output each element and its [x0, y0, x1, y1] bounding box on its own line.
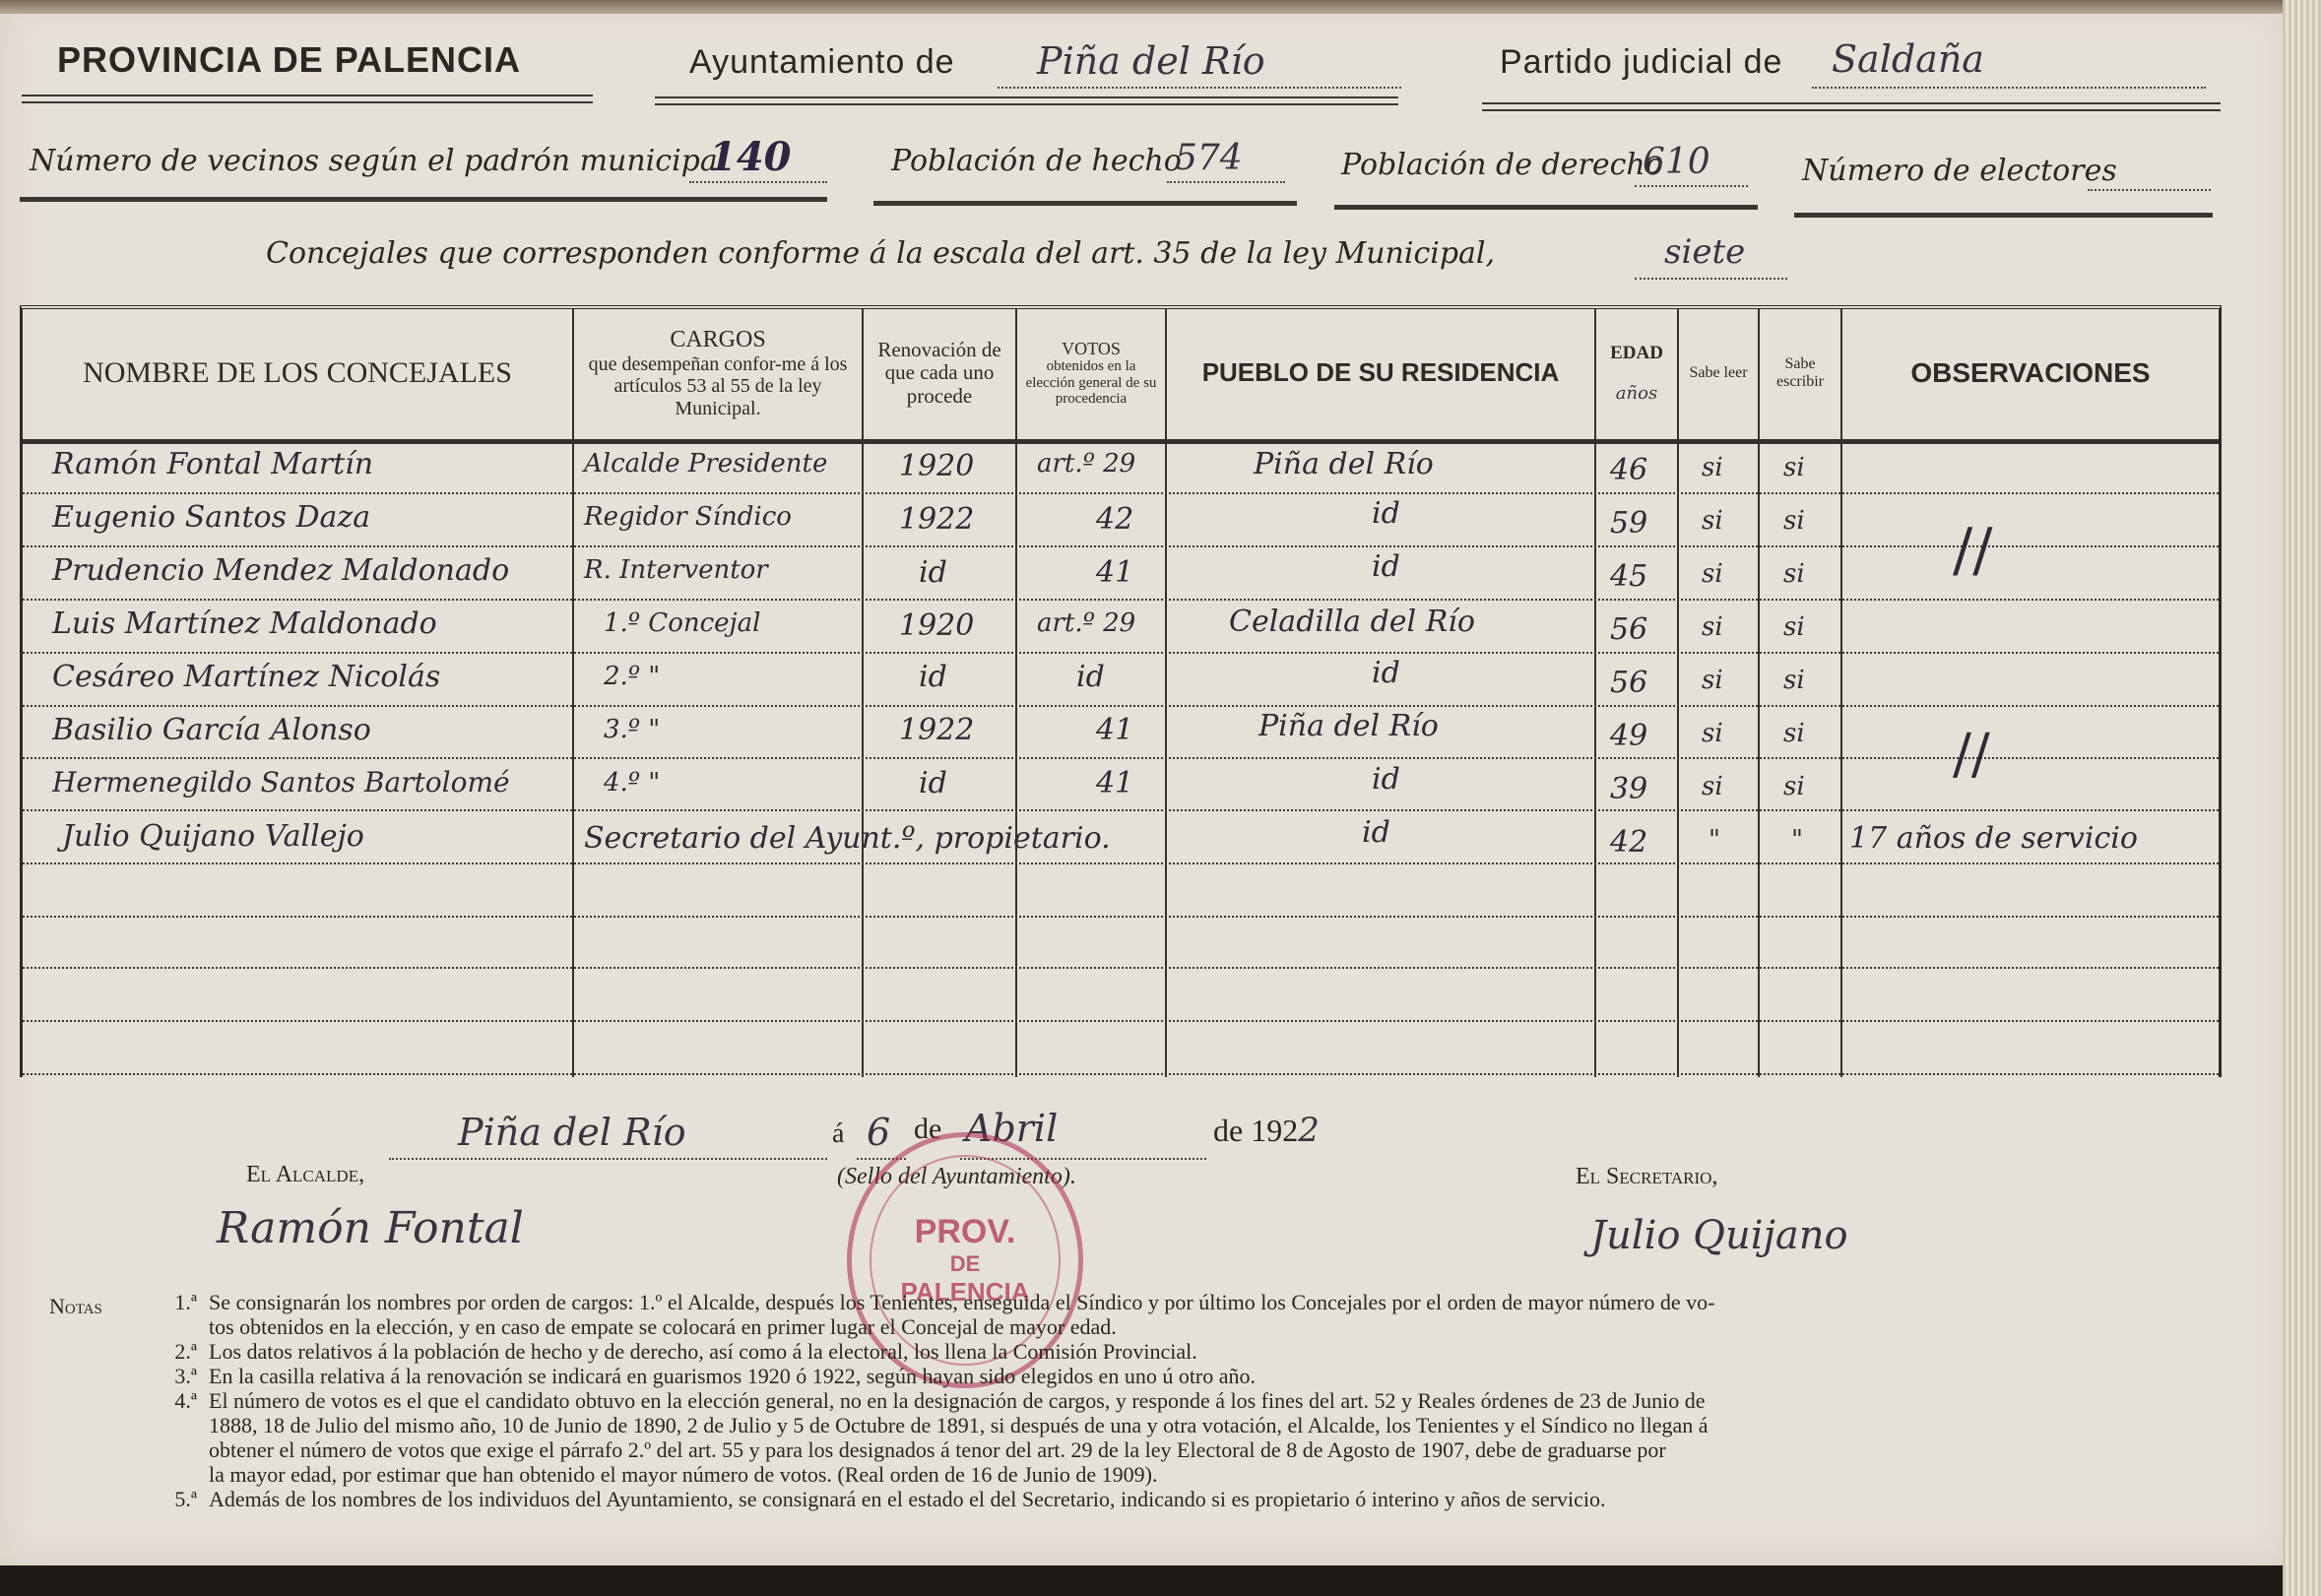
cell-cargo: 4.º " — [604, 768, 660, 798]
header-separator — [23, 439, 2219, 444]
cell-edad: 59 — [1610, 506, 1647, 541]
note-text: 1888, 18 de Julio del mismo año, 10 de J… — [148, 1413, 1709, 1437]
note-number: 3.ª — [148, 1364, 197, 1388]
province-title: PROVINCIA DE PALENCIA — [57, 39, 521, 81]
cell-nombre: Basilio García Alonso — [52, 713, 371, 747]
note-text: Se consignarán los nombres por orden de … — [209, 1290, 1714, 1314]
cell-votos: art.º 29 — [1037, 449, 1135, 479]
cell-renovacion: 1922 — [899, 713, 974, 747]
note-text: Además de los nombres de los individuos … — [209, 1487, 1605, 1511]
cell-leer: si — [1702, 559, 1723, 589]
header-nombre: NOMBRE DE LOS CONCEJALES — [23, 309, 572, 437]
header-escribir: Sabe escribir — [1760, 309, 1840, 437]
cell-pueblo: Celadilla del Río — [1229, 605, 1475, 639]
cell-cargo: 3.º " — [604, 715, 660, 744]
seal-text-top: PROV. — [915, 1213, 1016, 1251]
concejales-label: Concejales que corresponden conforme á l… — [266, 236, 1495, 271]
year-label: de 1922 — [1213, 1111, 1320, 1150]
alcalde-label: El Alcalde, — [246, 1162, 364, 1188]
alcalde-signature: Ramón Fontal — [217, 1203, 524, 1253]
cell-nombre: Eugenio Santos Daza — [52, 500, 370, 535]
divider — [20, 197, 827, 202]
cell-escribir: si — [1783, 453, 1805, 482]
cell-pueblo: id — [1372, 762, 1400, 797]
notes-label: Notas — [49, 1294, 102, 1318]
cell-edad: 39 — [1610, 772, 1647, 806]
header-votos-sub: obtenidos en la elección general de su p… — [1017, 358, 1165, 408]
cell-leer: si — [1702, 719, 1723, 748]
header-edad-unit: años — [1616, 384, 1657, 404]
year-prefix: de 192 — [1213, 1113, 1298, 1148]
cell-pueblo: Piña del Río — [1254, 447, 1434, 481]
day-value: 6 — [867, 1111, 890, 1154]
cell-escribir: si — [1783, 719, 1805, 748]
seal-text-mid: DE — [950, 1251, 981, 1277]
cell-leer: " — [1709, 825, 1720, 855]
hecho-label: Población de hecho — [891, 144, 1182, 178]
note-4: 4.ªEl número de votos es el que el candi… — [148, 1388, 1709, 1487]
note-text: tos obtenidos en la elección, y en caso … — [148, 1314, 1714, 1339]
cell-escribir: si — [1783, 612, 1805, 642]
header-leer: Sabe leer — [1679, 309, 1758, 437]
cell-nombre: Ramón Fontal Martín — [52, 447, 373, 481]
header-cargos: CARGOS que desempeñan confor-me á los ar… — [574, 309, 862, 437]
partido-label: Partido judicial de — [1500, 43, 1782, 82]
secretario-signature: Julio Quijano — [1590, 1213, 1848, 1258]
vecinos-label: Número de vecinos según el padrón munici… — [30, 144, 727, 178]
cell-edad: 46 — [1610, 453, 1647, 487]
concejales-table: NOMBRE DE LOS CONCEJALES CARGOS que dese… — [20, 305, 2222, 1077]
derecho-label: Población de derecho — [1341, 148, 1663, 182]
cell-obs: // — [1953, 516, 1992, 585]
cell-leer: si — [1702, 666, 1723, 695]
header-observaciones: OBSERVACIONES — [1842, 309, 2219, 437]
cell-obs: // — [1953, 723, 1990, 787]
ayuntamiento-label: Ayuntamiento de — [689, 43, 955, 82]
derecho-field: 610 — [1635, 154, 1748, 187]
header-votos: VOTOS obtenidos en la elección general d… — [1017, 309, 1165, 437]
concejales-value: siete — [1664, 232, 1745, 272]
cell-votos: 42 — [1096, 502, 1133, 537]
page-top-edge — [0, 0, 2322, 14]
cell-escribir: si — [1783, 506, 1805, 536]
note-text: En la casilla relativa á la renovación s… — [209, 1364, 1256, 1388]
cell-leer: si — [1702, 612, 1723, 642]
cell-edad: 56 — [1610, 612, 1647, 647]
vecinos-value: 140 — [709, 134, 792, 180]
header-edad: EDAD años — [1596, 309, 1677, 437]
cell-nombre: Prudencio Mendez Maldonado — [52, 553, 509, 588]
cell-cargo: Alcalde Presidente — [584, 449, 827, 479]
ayuntamiento-field: Piña del Río — [998, 51, 1401, 89]
note-text: El número de votos es el que el candidat… — [209, 1388, 1706, 1413]
concejales-field: siete — [1635, 246, 1787, 280]
cell-cargo: R. Interventor — [584, 555, 768, 585]
note-number: 5.ª — [148, 1487, 197, 1511]
cell-escribir: si — [1783, 559, 1805, 589]
note-2: 2.ªLos datos relativos á la población de… — [148, 1339, 1197, 1364]
header-cargos-sub: que desempeñan confor-me á los artículos… — [574, 353, 862, 419]
divider — [22, 95, 593, 103]
cell-renovacion: id — [919, 555, 947, 590]
divider — [655, 96, 1398, 105]
cell-obs: 17 años de servicio — [1849, 821, 2138, 856]
cell-cargo: 2.º " — [604, 662, 660, 691]
cell-escribir: " — [1791, 825, 1803, 855]
note-3: 3.ªEn la casilla relativa á la renovació… — [148, 1364, 1256, 1388]
note-text: la mayor edad, por estimar que han obten… — [148, 1462, 1709, 1487]
ayuntamiento-value: Piña del Río — [1037, 39, 1265, 83]
header-pueblo: PUEBLO DE SU RESIDENCIA — [1167, 309, 1594, 437]
cell-votos: 41 — [1096, 766, 1133, 800]
note-1: 1.ªSe consignarán los nombres por orden … — [148, 1290, 1714, 1339]
cell-escribir: si — [1783, 666, 1805, 695]
note-number: 2.ª — [148, 1339, 197, 1364]
cell-pueblo: id — [1372, 496, 1400, 531]
cell-nombre: Cesáreo Martínez Nicolás — [52, 660, 440, 694]
cell-edad: 45 — [1610, 559, 1647, 594]
a-label: á — [832, 1118, 844, 1150]
divider — [1794, 213, 2213, 218]
header-cargos-title: CARGOS — [670, 327, 765, 353]
cell-edad: 42 — [1610, 825, 1647, 860]
hecho-value: 574 — [1175, 138, 1243, 178]
cell-renovacion: 1920 — [899, 608, 974, 643]
cell-leer: si — [1702, 453, 1723, 482]
cell-votos: 41 — [1096, 713, 1133, 747]
cell-nombre: Luis Martínez Maldonado — [52, 606, 437, 641]
electores-field — [2088, 161, 2211, 191]
partido-field: Saldaña — [1812, 51, 2206, 89]
cell-leer: si — [1702, 506, 1723, 536]
divider — [1482, 102, 2221, 111]
cell-cargo: Secretario del Ayunt.º, propietario. — [584, 821, 1111, 856]
note-number: 4.ª — [148, 1388, 197, 1413]
note-text: Los datos relativos á la población de he… — [209, 1339, 1197, 1364]
cell-nombre: Julio Quijano Vallejo — [62, 819, 364, 854]
cell-renovacion: id — [919, 766, 947, 800]
header-edad-title: EDAD — [1610, 343, 1663, 363]
cell-pueblo: id — [1372, 549, 1400, 584]
hecho-field: 574 — [1167, 150, 1285, 183]
cell-pueblo: id — [1372, 656, 1400, 690]
electores-label: Número de electores — [1802, 154, 2117, 188]
cell-edad: 49 — [1610, 719, 1647, 753]
note-text: obtener el número de votos que exige el … — [148, 1437, 1709, 1462]
cell-votos: id — [1076, 660, 1105, 694]
cell-renovacion: 1920 — [899, 449, 974, 483]
cell-cargo: 1.º Concejal — [604, 608, 760, 638]
cell-edad: 56 — [1610, 666, 1647, 700]
divider — [873, 201, 1297, 206]
note-number: 1.ª — [148, 1290, 197, 1314]
header-renovacion: Renovación de que cada uno procede — [864, 309, 1015, 437]
note-5: 5.ªAdemás de los nombres de los individu… — [148, 1487, 1605, 1511]
year-suffix: 2 — [1298, 1111, 1320, 1150]
cell-renovacion: id — [919, 660, 947, 694]
cell-nombre: Hermenegildo Santos Bartolomé — [52, 766, 510, 798]
cell-cargo: Regidor Síndico — [584, 502, 792, 532]
cell-pueblo: id — [1362, 815, 1390, 850]
cell-leer: si — [1702, 772, 1723, 801]
cell-renovacion: 1922 — [899, 502, 974, 537]
vecinos-field: 140 — [689, 148, 827, 183]
cell-pueblo: Piña del Río — [1258, 709, 1439, 743]
place-value: Piña del Río — [458, 1111, 686, 1154]
secretario-label: El Secretario, — [1576, 1164, 1717, 1190]
cell-votos: 41 — [1096, 555, 1133, 590]
cell-votos: art.º 29 — [1037, 608, 1135, 638]
cell-escribir: si — [1783, 772, 1805, 801]
partido-value: Saldaña — [1832, 37, 1984, 81]
place-field: Piña del Río — [389, 1124, 827, 1160]
page-stack-edge — [2283, 0, 2322, 1596]
divider — [1334, 205, 1758, 210]
header-votos-title: VOTOS — [1062, 339, 1121, 358]
derecho-value: 610 — [1643, 142, 1710, 182]
